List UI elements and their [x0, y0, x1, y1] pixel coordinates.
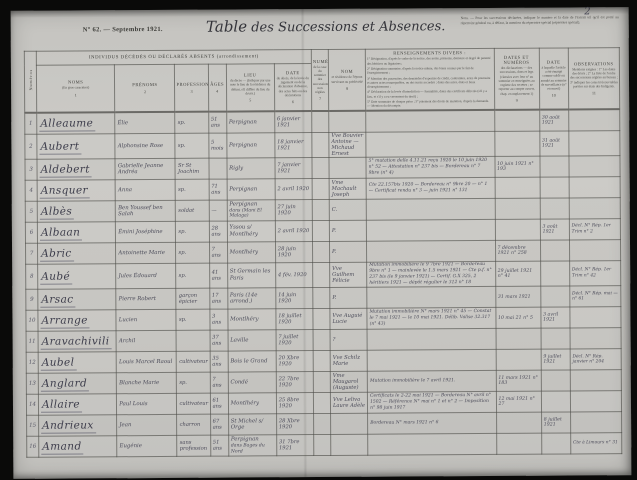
death-place-note: dans (Mani El Malaga) [229, 208, 272, 220]
cell-profession: soldat [176, 200, 209, 221]
cell-sommier [313, 393, 330, 414]
cell-prenoms: Jean [117, 415, 177, 436]
page-number: 2 [584, 6, 590, 17]
cell-rens: Mutation immobilière N° mars 1921 n° 45 … [367, 308, 496, 330]
cell-obs [569, 131, 620, 156]
column-number: 1 [38, 92, 113, 97]
cell-solde [541, 370, 570, 391]
cell-profession: sp. [176, 179, 209, 200]
cell-decl: 10 juin 1921 n° 193 [494, 156, 539, 177]
column-subtitle: (En gros caractères) [38, 86, 113, 91]
cell-solde [540, 261, 569, 286]
cell-decl: 7 décembre 1921 n° 258 [495, 240, 540, 261]
cell-decl: 11 mars 1921 n° 183 [496, 370, 541, 391]
cell-date_deces: 14 juin 1920 [276, 288, 313, 309]
cell-prenoms: Élie [115, 112, 175, 134]
cell-obs [569, 198, 620, 219]
cell-lieu: Condé [228, 372, 276, 393]
cell-date_deces: 31 7bre 1921 [276, 435, 313, 456]
cell-age: 5 mois [208, 133, 226, 158]
cell-date_deces: 28 Xbre 1920 [276, 414, 313, 435]
cell-solde: 30 août 1921 [539, 109, 568, 131]
column-number: 9 [496, 98, 538, 103]
cell-profession: cultivateur [177, 393, 210, 414]
cell-obs [568, 109, 619, 131]
cell-solde [541, 328, 570, 349]
column-label: NUMÉROS [313, 59, 327, 64]
death-place: Paris (14e arrond.) [230, 292, 258, 305]
cell-prenoms: Ben Youssef ben Salah [116, 200, 176, 221]
cell-nom: Aubé [38, 264, 116, 290]
cell-rens [366, 219, 495, 241]
column-number: 6 [276, 99, 310, 104]
column-label: ÂGES [210, 82, 225, 87]
cell-profession: Sr St Joachim [175, 158, 208, 179]
table-row: 8AubéJules Édouardsp.41 ansSt Germain le… [26, 261, 621, 290]
cell-sommier [312, 241, 329, 262]
cell-solde [540, 156, 569, 177]
cell-obs [570, 307, 621, 328]
column-label: PRÉNOMS [116, 82, 173, 87]
cell-prenoms: Alphonsine Rose [115, 133, 175, 158]
cell-date_deces: 6 janvier 1921 [274, 111, 311, 133]
cell-lieu: Yssou s/ Montlhéry [227, 221, 275, 242]
deceased-name: Aubert [39, 140, 81, 154]
death-place: Montlhéry [231, 400, 259, 406]
cell-obs [570, 391, 621, 412]
cell-sommier [312, 178, 329, 199]
cell-epoux [329, 111, 366, 133]
death-place: Condé [230, 379, 248, 385]
cell-num: 6 [25, 222, 37, 243]
cell-epoux: C. [329, 199, 366, 220]
cell-rens [367, 329, 496, 351]
column-subtitle: des déclarations — des successions, dons… [495, 66, 537, 96]
cell-date_deces: 7 juillet 1920 [276, 330, 313, 351]
cell-num: 15 [27, 415, 39, 436]
cell-num: 7 [25, 243, 37, 264]
deceased-name: Amand [41, 441, 83, 455]
cell-num: 11 [26, 331, 38, 352]
death-place: Yssou s/ Montlhéry [229, 225, 257, 238]
successions-table: NumérosINDIVIDUS DÉCÉDÉS OU DÉCLARÉS ABS… [24, 47, 622, 458]
cell-solde: 3 août 1921 [540, 219, 569, 240]
cell-nom: Andrieux [39, 415, 117, 436]
renseignements-note-line: 5° Date sommaire de chaque pièce ; 5° pa… [367, 99, 492, 108]
cell-profession: cultivateur [177, 351, 210, 372]
cell-lieu: Rigly [227, 158, 275, 179]
column-label: Numéros [28, 68, 33, 90]
table-body: 1AlleaumeÉliesp.51 ansPerpignan6 janvier… [25, 109, 622, 457]
cell-solde [540, 177, 569, 198]
cell-date_deces: 20 Xbre 1920 [276, 351, 313, 372]
cell-num: 14 [26, 394, 38, 415]
death-place-note: dans Bages du Nord [231, 443, 274, 455]
cell-rens: Mutation immobilière le 9 7bre 1921 — Bo… [367, 261, 496, 287]
cell-epoux: Vme Machault Joseph [329, 178, 366, 199]
cell-decl [495, 177, 540, 198]
cell-obs: Décl. N° Rép. 1er Trim n° 2 [569, 219, 620, 240]
deceased-name: Ansquer [40, 184, 90, 198]
cell-profession: sp. [176, 242, 209, 263]
cell-obs [569, 240, 620, 261]
column-subtitle: du décès, de la levée du jugement ou de … [276, 76, 310, 97]
table-head: NumérosINDIVIDUS DÉCÉDÉS OU DÉCLARÉS ABS… [24, 48, 619, 113]
death-place: Perpignan [229, 119, 257, 125]
death-place: St Germain les Paris [230, 269, 271, 282]
cell-num: 8 [26, 264, 38, 289]
cell-num: 9 [26, 289, 38, 310]
registry-page: N° 62. — Septembre 1921. Table des Succe… [11, 7, 632, 479]
death-place: St Michel s/ Orge [231, 418, 264, 431]
column-number: 4 [210, 89, 225, 94]
cell-rens: Bordereau N° mars 1921 n° 6 [368, 413, 497, 435]
column-header-date-deces: DATEdu décès, de la levée du jugement ou… [274, 64, 311, 112]
cell-solde [540, 286, 569, 307]
cell-epoux: ? [330, 329, 367, 350]
death-place: Rigly [229, 165, 243, 171]
column-label: DATE [276, 70, 310, 75]
cell-epoux [331, 413, 368, 434]
cell-date_deces: 4 fév. 1920 [275, 263, 312, 288]
cell-nom: Aravachivili [38, 331, 116, 352]
death-place: Perpignan [229, 201, 257, 207]
renseignements-note-line: 2° Désignation sommaire, d'après la noti… [367, 66, 492, 75]
cell-date_deces: 7 janvier 1921 [275, 158, 312, 179]
column-number: 10 [541, 93, 567, 98]
cell-sommier [312, 132, 329, 157]
cell-decl: 10 mai 21 n° 5 [495, 307, 540, 328]
cell-sommier [313, 262, 330, 287]
cell-nom: Albaan [37, 222, 115, 243]
cell-obs [570, 328, 621, 349]
cell-num: 2 [25, 134, 37, 159]
title-word: Table [206, 17, 247, 35]
cell-obs: Cte à Limours n° 31 [570, 433, 621, 454]
cell-solde [541, 433, 570, 454]
cell-num: 13 [26, 373, 38, 394]
column-subtitle: à laquelle l'article a été émargé comme … [541, 65, 567, 91]
cell-date_deces: 22 7bre 1920 [276, 372, 313, 393]
column-label: OBSERVATIONS [570, 61, 618, 66]
deceased-name: Aubel [41, 357, 77, 371]
cell-prenoms: Pierre Robert [116, 289, 176, 310]
cell-num: 12 [26, 352, 38, 373]
cell-num: 10 [26, 310, 38, 331]
cell-decl [496, 433, 541, 454]
cell-decl: 29 juillet 1921 n° 41 [495, 261, 540, 287]
cell-solde [540, 240, 569, 261]
death-place: Montlhéry [230, 316, 258, 322]
cell-prenoms: Jules Édouard [116, 263, 176, 289]
cell-epoux: P. [329, 220, 366, 241]
cell-date_deces: 27 juin 1920 [275, 200, 312, 221]
deceased-name: Albaan [40, 226, 82, 240]
column-header-declarations: DATES ET NUMÉROSdes déclarations — des s… [494, 48, 540, 110]
cell-decl [495, 198, 540, 219]
deceased-name: Anglard [41, 378, 89, 392]
deceased-name: Alleaume [39, 117, 95, 131]
cell-lieu: Perpignandans Bages du Nord [228, 435, 276, 456]
cell-profession: garçon épicier [176, 288, 209, 309]
cell-solde [541, 391, 570, 412]
cell-obs [570, 412, 621, 433]
cell-epoux: P. [329, 241, 366, 262]
cell-age: 37 ans [210, 330, 228, 351]
cell-sommier [313, 288, 330, 309]
cell-age: 3 ans [209, 309, 227, 330]
cell-lieu: Perpignandans (Mani El Malaga) [227, 200, 275, 221]
cell-rens: Mutation immobilière le 7 avril 1921. [367, 371, 496, 393]
cell-sommier [312, 220, 329, 241]
cell-age: 17 ans [209, 288, 227, 309]
column-subtitle: du décès — (Indiquer par une note le lie… [228, 78, 273, 95]
column-number: 3 [177, 89, 207, 94]
scanned-page-photo: N° 62. — Septembre 1921. Table des Succe… [0, 0, 637, 480]
death-place: Laville [230, 337, 248, 343]
page-header: N° 62. — Septembre 1921. Table des Succe… [11, 7, 629, 49]
cell-lieu: Paris (14e arrond.) [227, 288, 275, 309]
cell-prenoms: Eugénie [117, 436, 177, 457]
nota-note: Nota. — Pour les successions déclarées, … [461, 15, 619, 25]
table-row: 2AubertAlphonsine Rosesp.5 moisPerpignan… [25, 131, 620, 160]
cell-sommier [312, 111, 329, 133]
cell-epoux: Vve Schilz Marie [330, 350, 367, 371]
deceased-name: Aravachivili [41, 336, 112, 350]
cell-decl: 12 mai 1921 n° 27 [496, 391, 541, 412]
cell-prenoms: Archil [116, 331, 176, 352]
cell-epoux [329, 157, 366, 178]
cell-epoux: Vve Leliva Laure Adèle [330, 392, 367, 413]
cell-rens: Certificats le 2-22 mai 1921 — Bordereau… [368, 392, 497, 414]
cell-nom: Aubel [38, 352, 116, 373]
cell-age: 51 ans [210, 435, 228, 456]
cell-num: 3 [25, 159, 37, 180]
cell-decl [494, 131, 539, 156]
cell-obs: Décl. N° Rép. janvier n° 204 [570, 349, 621, 370]
death-place: Perpignan [229, 142, 257, 148]
issue-ref: N° 62. — Septembre 1921. [83, 26, 163, 33]
title-connector: des [251, 20, 274, 35]
cell-sommier [313, 372, 330, 393]
column-label: NOM [330, 69, 364, 74]
cell-obs [570, 370, 621, 391]
cell-prenoms: Anna [115, 179, 175, 200]
cell-nom: Alleaume [37, 112, 115, 134]
cell-rens [366, 198, 495, 220]
cell-age: 7 ans [210, 372, 228, 393]
deceased-name: Andrieux [41, 420, 96, 434]
cell-profession [177, 330, 210, 351]
cell-nom: Ansquer [37, 180, 115, 201]
cell-rens [367, 287, 496, 309]
cell-nom: Arsac [38, 289, 116, 310]
cell-age: 61 ans [210, 393, 228, 414]
cell-rens: 5° mutation delle 4.11.21 reçu 1920 le 1… [366, 156, 495, 178]
deceased-name: Arsac [40, 294, 75, 308]
death-place: Perpignan [229, 186, 257, 192]
cell-nom: Abric [38, 243, 116, 264]
cell-sommier [313, 330, 330, 351]
cell-sommier [312, 157, 329, 178]
cell-nom: Aldebert [37, 159, 115, 180]
cell-epoux: Vve Bouvier Antoine — Michaud Ernest [329, 132, 366, 157]
column-label: PROFESSIONS [176, 82, 206, 87]
cell-age: 7 ans [209, 242, 227, 263]
renseignements-note-line: 3° Mention des poursuites, des demandes … [367, 76, 492, 90]
cell-date_deces: 18 juillet 1920 [276, 309, 313, 330]
cell-epoux: Vme Maugarol (Auguste) [330, 371, 367, 392]
cell-decl [495, 219, 540, 240]
cell-profession: sp. [177, 372, 210, 393]
cell-profession: charron [177, 414, 210, 435]
cell-age: 51 ans [208, 112, 226, 134]
cell-lieu: Montlhéry [228, 393, 276, 414]
cell-age: 71 ans [209, 179, 227, 200]
cell-profession: sp. [175, 133, 208, 158]
column-label: NOMS [38, 80, 113, 85]
column-label: DATE [541, 59, 567, 64]
cell-decl: 31 mars 1921 [495, 286, 540, 307]
cell-lieu: St Germain les Paris [227, 263, 275, 289]
table-row: 16AmandEugéniesans profession51 ansPerpi… [27, 433, 622, 458]
cell-prenoms: Gabrielle Jeanne Andréa [115, 158, 175, 179]
column-header-observations: OBSERVATIONSMentions exigées : 1° Les da… [568, 48, 620, 110]
column-subtitle: et résidence de l'époux survivant ou pré… [330, 75, 364, 84]
cell-date_deces: 25 8bre 1920 [276, 393, 313, 414]
cell-prenoms: Blanche Marie [117, 373, 177, 394]
column-header-noms: NOMS(En gros caractères)1 [36, 65, 115, 113]
cell-obs: Décl. N° Rép. 1er Trim n° 42 [569, 261, 620, 287]
page-title: Table des Successions et Absences. [181, 16, 471, 36]
cell-epoux: Vve Guilhem Félicie [330, 262, 367, 287]
column-subtitle: de la case du sommier des successions no… [313, 65, 327, 95]
cell-sommier [313, 309, 330, 330]
deceased-name: Allaire [41, 399, 82, 413]
column-number: 2 [116, 89, 173, 94]
cell-age: — [209, 200, 227, 221]
cell-num: 5 [25, 201, 37, 222]
cell-solde: 8 juillet 1921 [541, 412, 570, 433]
cell-date_deces: 28 juin 1920 [275, 242, 312, 263]
cell-sommier [314, 435, 331, 456]
cell-date_deces: 2 avril 1920 [275, 221, 312, 242]
cell-num: 4 [25, 180, 37, 201]
cell-rens [366, 131, 495, 157]
cell-epoux: Vve Auguié Lucie [330, 308, 367, 329]
cell-rens [366, 110, 495, 132]
cell-lieu: Montlhéry [227, 242, 275, 263]
column-header-numero-sommier: NUMÉROSde la case du sommier des success… [311, 49, 328, 111]
deceased-name: Abric [40, 248, 74, 262]
cell-age: 41 ans [209, 263, 227, 288]
cell-sommier [313, 351, 330, 372]
cell-lieu: Montlhéry [228, 309, 276, 330]
cell-lieu: Perpignan [226, 111, 274, 133]
cell-lieu: Bois le Grand [228, 351, 276, 372]
column-header-prenoms: PRÉNOMS2 [115, 64, 175, 112]
cell-profession: sans profession [177, 435, 210, 456]
cell-decl [496, 349, 541, 370]
cell-num: 1 [25, 113, 37, 135]
cell-lieu: Perpignan [226, 133, 274, 158]
deceased-name: Aubé [40, 271, 72, 285]
cell-profession: sp. [175, 112, 208, 134]
cell-lieu: Perpignan [227, 179, 275, 200]
cell-nom: Albès [37, 201, 115, 222]
cell-age: 67 ans [210, 414, 228, 435]
cell-age [209, 158, 227, 179]
cell-num: 16 [27, 436, 39, 457]
deceased-name: Arrange [40, 315, 89, 329]
column-header-renseignements: RENSEIGNEMENTS DIVERS :1° Désignation, d… [365, 48, 494, 110]
cell-decl [496, 412, 541, 433]
cell-solde [540, 198, 569, 219]
cell-nom: Anglard [38, 373, 116, 394]
column-header-lieu-deces: LIEUdu décès — (Indiquer par une note le… [226, 64, 274, 112]
cell-solde: 9 juillet 1921 [541, 349, 570, 370]
cell-prenoms: Émini Joséphine [116, 221, 176, 242]
cell-nom: Arrange [38, 310, 116, 331]
column-number: 7 [313, 96, 327, 101]
cell-obs [569, 177, 620, 198]
cell-obs: Décl. N° Rép. mai — n° 61 [570, 286, 621, 307]
column-label: LIEU [228, 72, 273, 77]
cell-rens [367, 240, 496, 262]
column-subtitle: Mentions exigées : 1° Les dates des décè… [570, 67, 618, 89]
cell-profession: sp. [176, 221, 209, 242]
cell-nom: Allaire [38, 394, 116, 415]
column-label: DATES ET NUMÉROS [495, 55, 537, 65]
cell-nom: Amand [39, 436, 117, 457]
death-place: Bois le Grand [230, 358, 267, 364]
cell-rens [367, 350, 496, 372]
cell-obs [569, 156, 620, 177]
cell-age: 35 ans [210, 351, 228, 372]
column-number: 5 [228, 97, 273, 102]
deceased-name: Albès [40, 206, 74, 220]
deceased-name: Aldebert [40, 163, 92, 177]
cell-rens: Cte 22.157bis 1920 — Bordereau n° 9bre 2… [366, 177, 495, 199]
column-label: RENSEIGNEMENTS DIVERS : [367, 50, 492, 56]
column-header-ages: ÂGES4 [208, 64, 226, 112]
cell-sommier [312, 199, 329, 220]
death-place: Montlhéry [230, 249, 258, 255]
cell-solde: 31 août 1921 [539, 131, 568, 156]
cell-lieu: St Michel s/ Orge [228, 414, 276, 435]
cell-prenoms: Antoinette Marie [116, 242, 176, 263]
column-number: 8 [330, 85, 364, 90]
cell-age: 28 ans [209, 221, 227, 242]
cell-epoux [331, 434, 368, 455]
cell-sommier [313, 414, 330, 435]
cell-date_deces: 2 avril 1920 [275, 179, 312, 200]
cell-lieu: Laville [228, 330, 276, 351]
column-header-epoux: NOMet résidence de l'époux survivant ou … [328, 49, 365, 111]
title-rest: Successions et Absences. [278, 19, 445, 35]
cell-solde: 3 avril 1921 [541, 307, 570, 328]
cell-profession: sp. [176, 309, 209, 330]
cell-epoux: P. [330, 287, 367, 308]
cell-prenoms: Louis Marcel Raoul [116, 352, 176, 373]
column-header-numero: Numéros [24, 51, 36, 113]
cell-decl [494, 110, 539, 132]
column-number: 11 [570, 90, 618, 95]
cell-prenoms: Paul Louis [117, 394, 177, 415]
column-header-certificat: DATEà laquelle l'article a été émargé co… [539, 48, 568, 110]
renseignements-note-line: 4° Déclaration de la levée d'interdictio… [367, 89, 492, 98]
renseignements-note-line: 1° Désignation, d'après le cadre de la n… [367, 56, 492, 65]
